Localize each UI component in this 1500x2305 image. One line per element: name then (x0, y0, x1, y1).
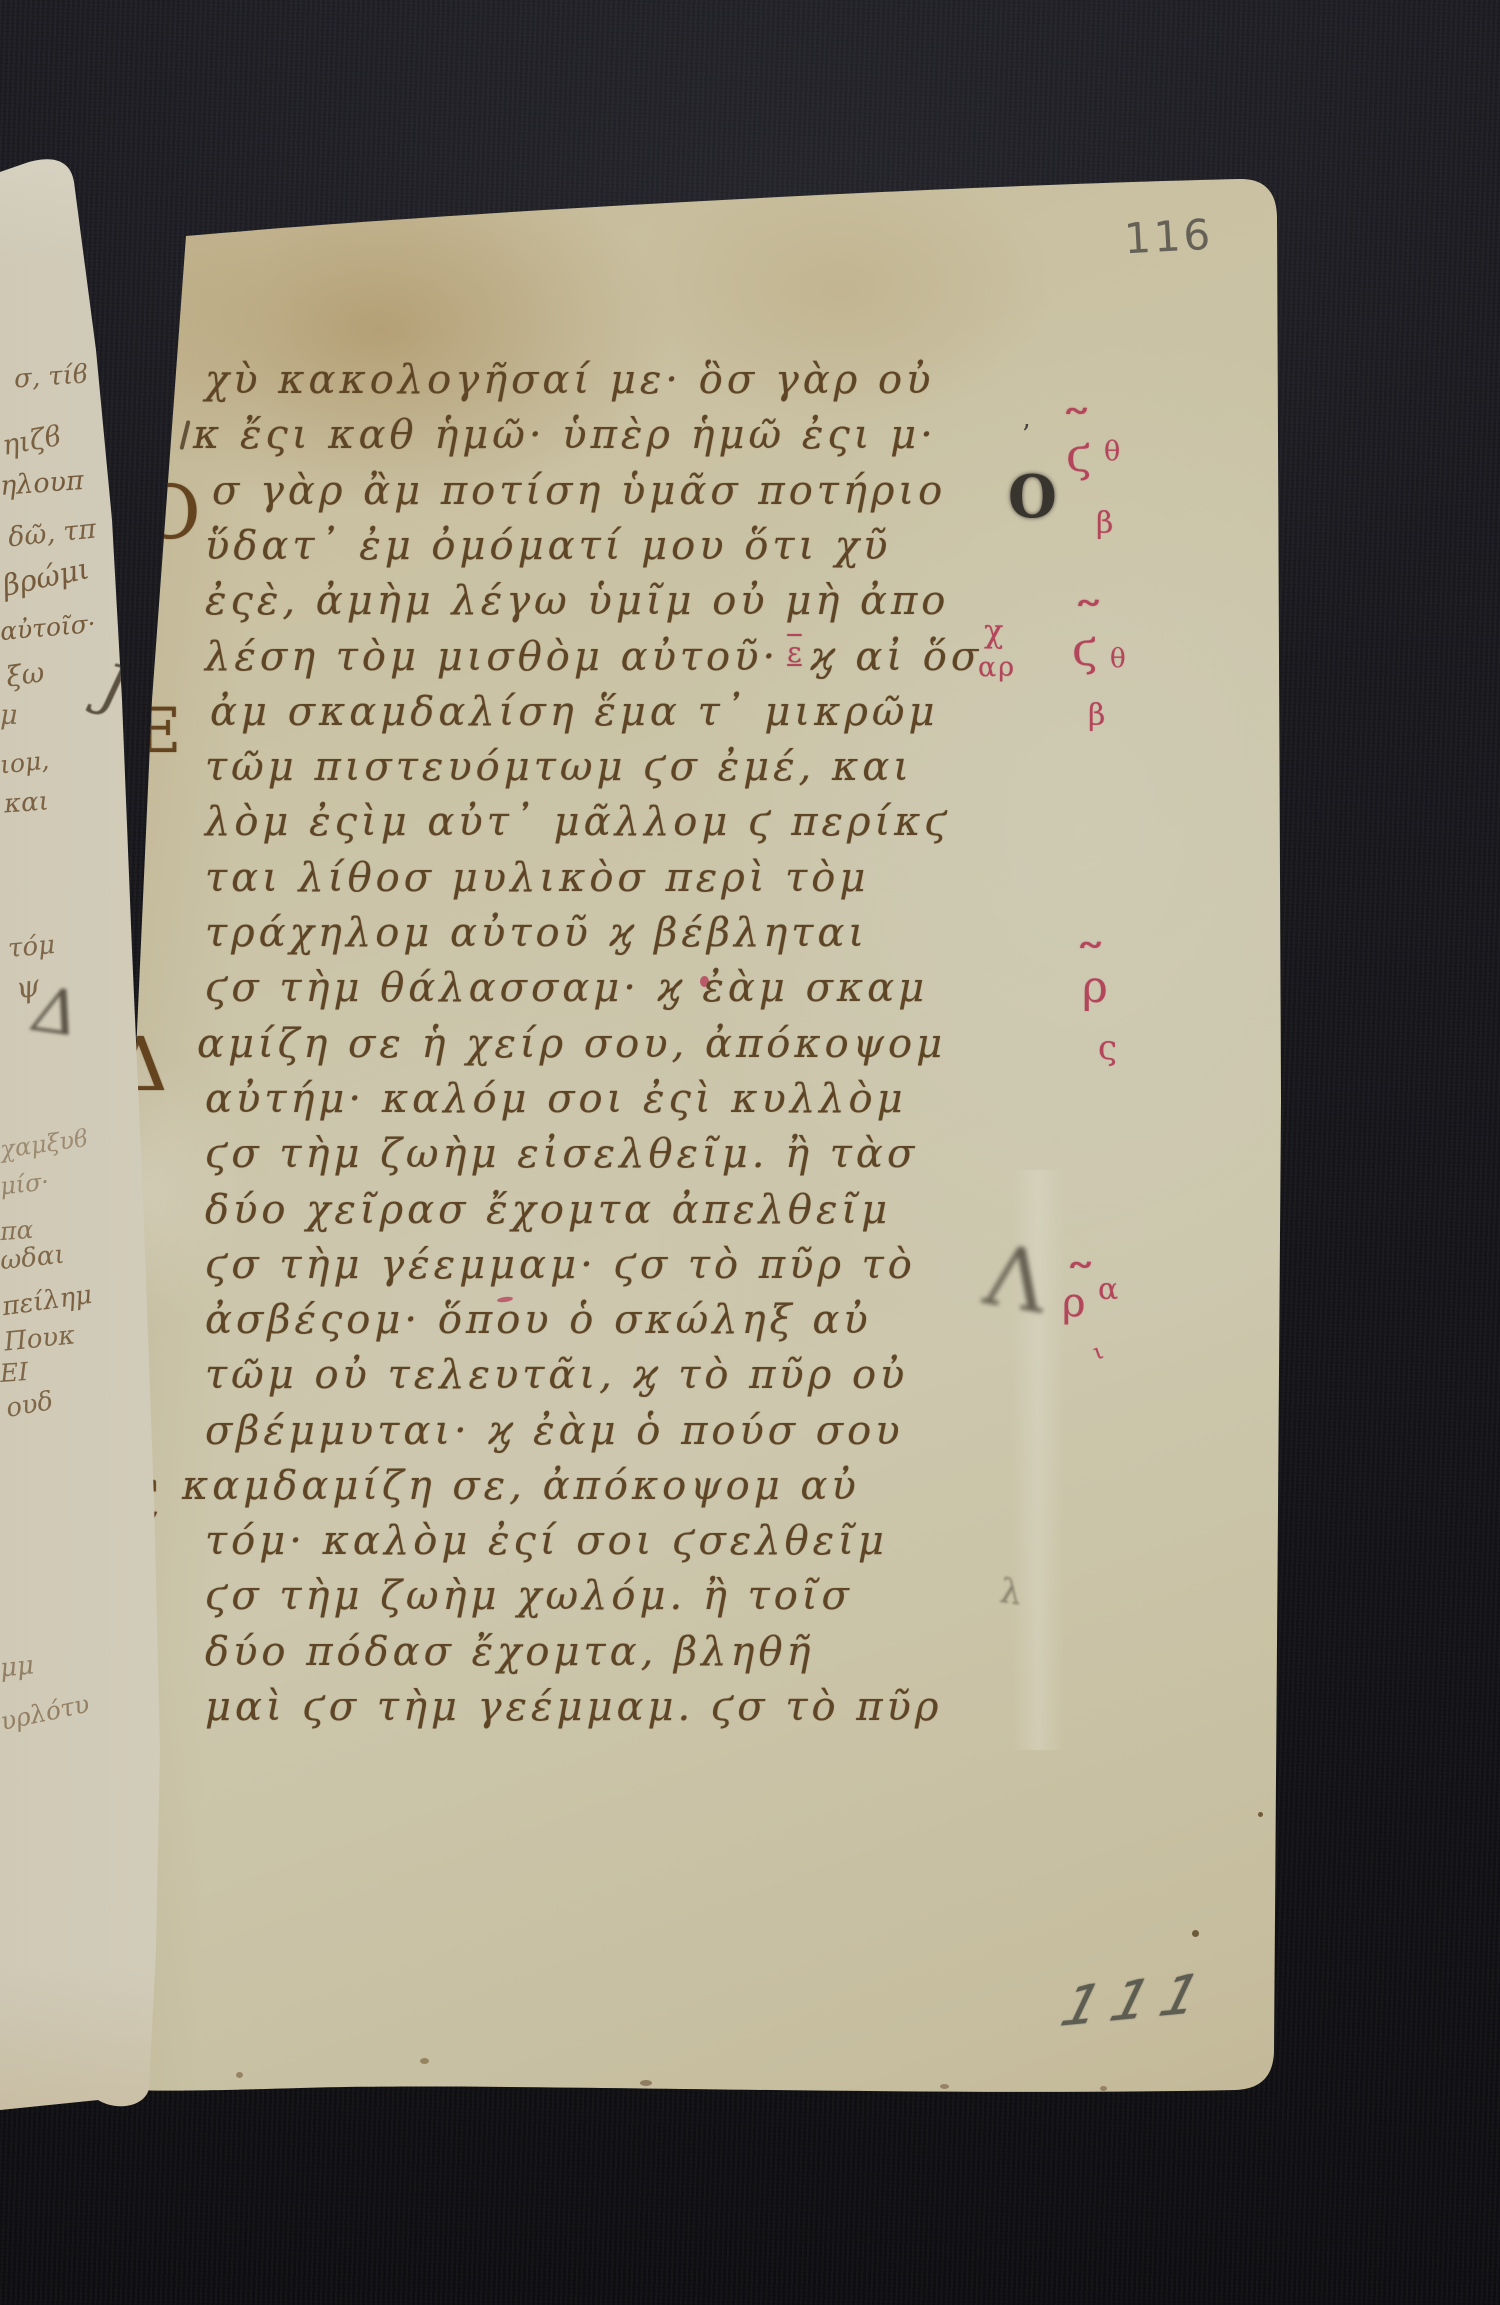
sliver-text-fragment: τόμ (7, 930, 56, 964)
text-line: τῶμ πιστευόμτωμ ϛσ ἐμέ, και (205, 743, 913, 791)
sliver-text-fragment: ιομ, (0, 746, 50, 780)
section-number-d: ρ (1062, 1280, 1086, 1326)
text-line-segment: ϗ αἰ ὅσ (810, 634, 982, 680)
quire-mark-omicron: Ο (1008, 462, 1057, 532)
section-number-b-sup: θ (1110, 644, 1126, 674)
text-line: χὺ κακολογῆσαί με· ὃσ γὰρ οὐ (205, 356, 934, 404)
canon-number-c: ς (1098, 1028, 1117, 1068)
text-line: ϛσ τὴμ γέεμμαμ· ϛσ τὸ πῦρ τὸ (205, 1241, 916, 1289)
lection-tick-mark (179, 420, 190, 450)
text-line: ται λίθοσ μυλικὸσ περὶ τὸμ (205, 854, 869, 902)
parchment-speck (236, 2072, 243, 2078)
parchment-speck (1100, 2086, 1107, 2091)
section-number-b: ϛ (1072, 622, 1098, 676)
sliver-text-fragment: πα (0, 1215, 34, 1246)
sliver-text-fragment: ξω (4, 655, 46, 693)
sliver-text-fragment: μ (0, 700, 18, 731)
sliver-text-fragment: βρώμι (0, 551, 92, 602)
text-line: ἐςὲ, ἀμὴμ λέγω ὑμῖμ οὐ μὴ ἀπο (205, 577, 949, 625)
text-line: καμδαμίζη σε, ἀπόκοψομ αὐ (182, 1462, 860, 1510)
sliver-text-fragment: μίσ· (0, 1168, 50, 1201)
parchment-speck (640, 2080, 652, 2086)
sliver-text-fragment: ουδ (4, 1386, 56, 1424)
section-number-c: ρ (1082, 962, 1108, 1013)
text-line: ἀσβέςομ· ὅπου ὁ σκώληξ αὐ (205, 1296, 872, 1344)
arche-ar: αρ (978, 652, 1016, 683)
folio-number: 116 (1123, 210, 1215, 264)
text-line: κ ἔςι καθ ἡμῶ· ὑπὲρ ἡμῶ ἐςι μ· (193, 411, 937, 459)
canon-mark-d: ι (1090, 1339, 1107, 1365)
dark-tick-mark: ’ (1022, 420, 1030, 450)
sliver-text-fragment: μμ (0, 1650, 35, 1683)
red-lection-siglum: ε (787, 636, 802, 669)
sliver-text-fragment: πείλημ (0, 1280, 93, 1322)
parchment-speck (420, 2058, 429, 2064)
text-line: μαὶ ϛσ τὴμ γεέμμαμ. ϛσ τὸ πῦρ (205, 1683, 942, 1731)
parchment-speck (1192, 1930, 1199, 1937)
text-line: τόμ· καλὸμ ἐςί σοι ϛσελθεῖμ (205, 1517, 888, 1565)
text-line: λὸμ ἐςὶμ αὐτ᾽ μᾶλλομ ϛ περίκϛ (205, 798, 951, 846)
sliver-text-fragment: σ, τίϐ (13, 359, 89, 394)
smudged-delta-mark: Δ (29, 972, 84, 1051)
text-line: σ γὰρ ἂμ ποτίση ὑμᾶσ ποτήριο (212, 467, 946, 515)
parchment-speck (940, 2084, 949, 2089)
section-number-d-sup: α (1098, 1272, 1118, 1307)
text-line: σβέμμυται· ϗ ἐὰμ ὁ πούσ σου (205, 1407, 904, 1455)
text-line: τῶμ οὐ τελευτᾶι, ϗ τὸ πῦρ οὐ (205, 1351, 908, 1399)
text-line: ϛσ τὴμ ζωὴμ χωλόμ. ἢ τοῖσ (205, 1572, 853, 1620)
text-line: δύο πόδασ ἔχομτα, βληθῆ (205, 1628, 815, 1676)
sliver-text-fragment: ΕΙ (0, 1357, 29, 1388)
text-line: ϛσ τὴμ ζωὴμ εἰσελθεῖμ. ἢ τὰσ (205, 1130, 918, 1178)
sliver-text-fragment: υρλότυ (0, 1689, 92, 1736)
text-line: λέση τὸμ μισθὸμ αὐτοῦ·εϗ αἰ ὅσ (205, 633, 982, 681)
canon-number-b: β (1088, 698, 1105, 733)
text-line: δύο χεῖρασ ἔχομτα ἀπελθεῖμ (205, 1186, 891, 1234)
text-line: τράχηλομ αὐτοῦ ϗ βέβληται (205, 909, 868, 957)
canon-number-a: β (1096, 506, 1113, 541)
sliver-text-fragment: Πουκ (3, 1320, 77, 1357)
text-line: ὕδατ᾽ ἐμ ὀμόματί μου ὅτι χῦ (205, 522, 891, 570)
arche-chi: χ (984, 612, 1003, 650)
bottom-tally-mark: 111 (1047, 1961, 1225, 2040)
sliver-text-fragment: ωδαι (0, 1240, 66, 1277)
sliver-text-fragment: αὐτοῖσ· (0, 609, 97, 646)
section-number-a-sup: θ (1104, 436, 1120, 467)
sliver-text-fragment: ηιζϐ (0, 419, 64, 462)
text-line: ϛσ τὴμ θάλασσαμ· ϗ ἐὰμ σκαμ (205, 964, 928, 1012)
sliver-text-fragment: δῶ, τπ (7, 513, 98, 553)
text-line: αμίζη σε ἡ χείρ σου, ἀπόκοψομ (197, 1020, 946, 1068)
manuscript-photo: 116 χὺ κακολογῆσαί με· ὃσ γὰρ οὐ κ ἔςι κ… (0, 0, 1500, 2305)
sliver-text-fragment: ηλουπ (0, 465, 85, 502)
section-number-a: ϛ (1066, 428, 1092, 482)
sliver-text-fragment: χαμξυϐ (0, 1124, 90, 1164)
text-line: ἀμ σκαμδαλίση ἕμα τ᾽ μικρῶμ (210, 688, 938, 736)
sliver-text-fragment: και (3, 786, 50, 819)
text-line: αὐτήμ· καλόμ σοι ἐςὶ κυλλὸμ (205, 1075, 907, 1123)
parchment-speck (1258, 1812, 1263, 1817)
text-line-segment: λέση τὸμ μισθὸμ αὐτοῦ· (205, 634, 779, 680)
